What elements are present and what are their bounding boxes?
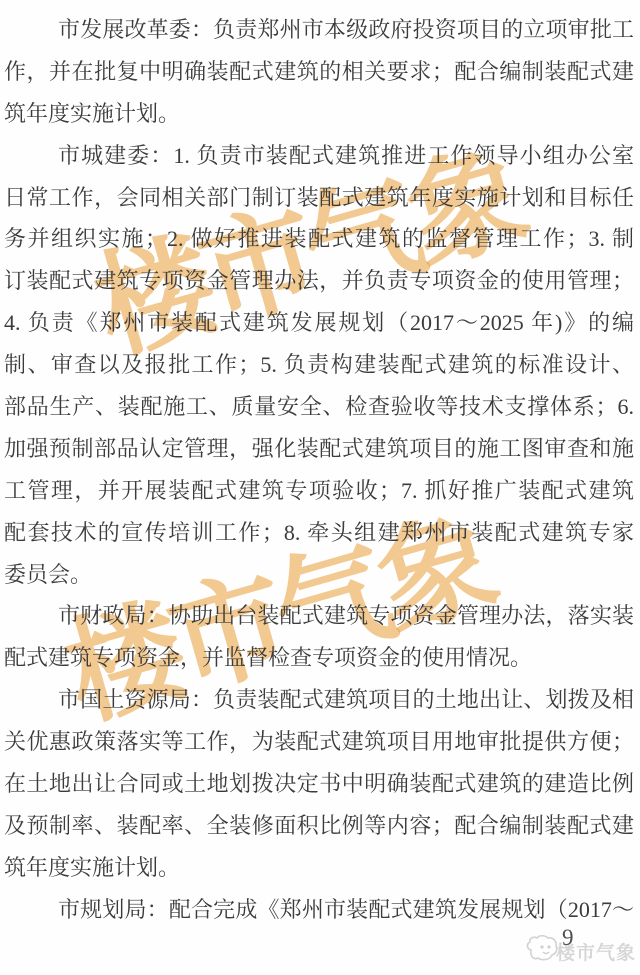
- text-line: 工管理，并开展装配式建筑专项验收；7. 抓好推广装配式建筑: [4, 470, 634, 512]
- cloud-mascot-logo-icon: [525, 934, 559, 969]
- text-line: 市规划局：配合完成《郑州市装配式建筑发展规划（2017～: [4, 889, 634, 931]
- text-line: 市国土资源局：负责装配式建筑项目的土地出让、划拨及相: [4, 679, 634, 721]
- text-line: 筑年度实施计划。: [4, 847, 634, 889]
- text-line: 制、审查以及报批工作；5. 负责构建装配式建筑的标准设计、: [4, 344, 634, 386]
- text-line: 筑年度实施计划。: [4, 93, 634, 135]
- text-line: 部品生产、装配施工、质量安全、检查验收等技术支撑体系；6.: [4, 386, 634, 428]
- text-line: 市城建委：1. 负责市装配式建筑推进工作领导小组办公室: [4, 135, 634, 177]
- text-line: 配套技术的宣传培训工作；8. 牵头组建郑州市装配式建筑专家: [4, 512, 634, 554]
- text-line: 委员会。: [4, 554, 634, 596]
- text-line: 日常工作，会同相关部门制订装配式建筑年度实施计划和目标任: [4, 177, 634, 219]
- document-text-block: 市发展改革委：负责郑州市本级政府投资项目的立项审批工 作，并在批复中明确装配式建…: [4, 9, 634, 931]
- text-line: 市发展改革委：负责郑州市本级政府投资项目的立项审批工: [4, 9, 634, 51]
- text-line: 加强预制部品认定管理，强化装配式建筑项目的施工图审查和施: [4, 428, 634, 470]
- text-line: 配式建筑专项资金，并监督检查专项资金的使用情况。: [4, 637, 634, 679]
- text-line: 订装配式建筑专项资金管理办法，并负责专项资金的使用管理；: [4, 260, 634, 302]
- text-line: 市财政局：协助出台装配式建筑专项资金管理办法，落实装: [4, 595, 634, 637]
- text-line: 关优惠政策落实等工作，为装配式建筑项目用地审批提供方便；: [4, 721, 634, 763]
- page-number: 9: [562, 925, 574, 951]
- document-page: 楼市气象 楼市气象 市发展改革委：负责郑州市本级政府投资项目的立项审批工 作，并…: [0, 0, 640, 975]
- text-line: 及预制率、装配率、全装修面积比例等内容；配合编制装配式建: [4, 805, 634, 847]
- text-line: 在土地出让合同或土地划拨决定书中明确装配式建筑的建造比例: [4, 763, 634, 805]
- text-line: 务并组织实施；2. 做好推进装配式建筑的监督管理工作；3. 制: [4, 218, 634, 260]
- text-line: 4. 负责《郑州市装配式建筑发展规划（2017～2025 年)》的编: [4, 302, 634, 344]
- text-line: 作，并在批复中明确装配式建筑的相关要求；配合编制装配式建: [4, 51, 634, 93]
